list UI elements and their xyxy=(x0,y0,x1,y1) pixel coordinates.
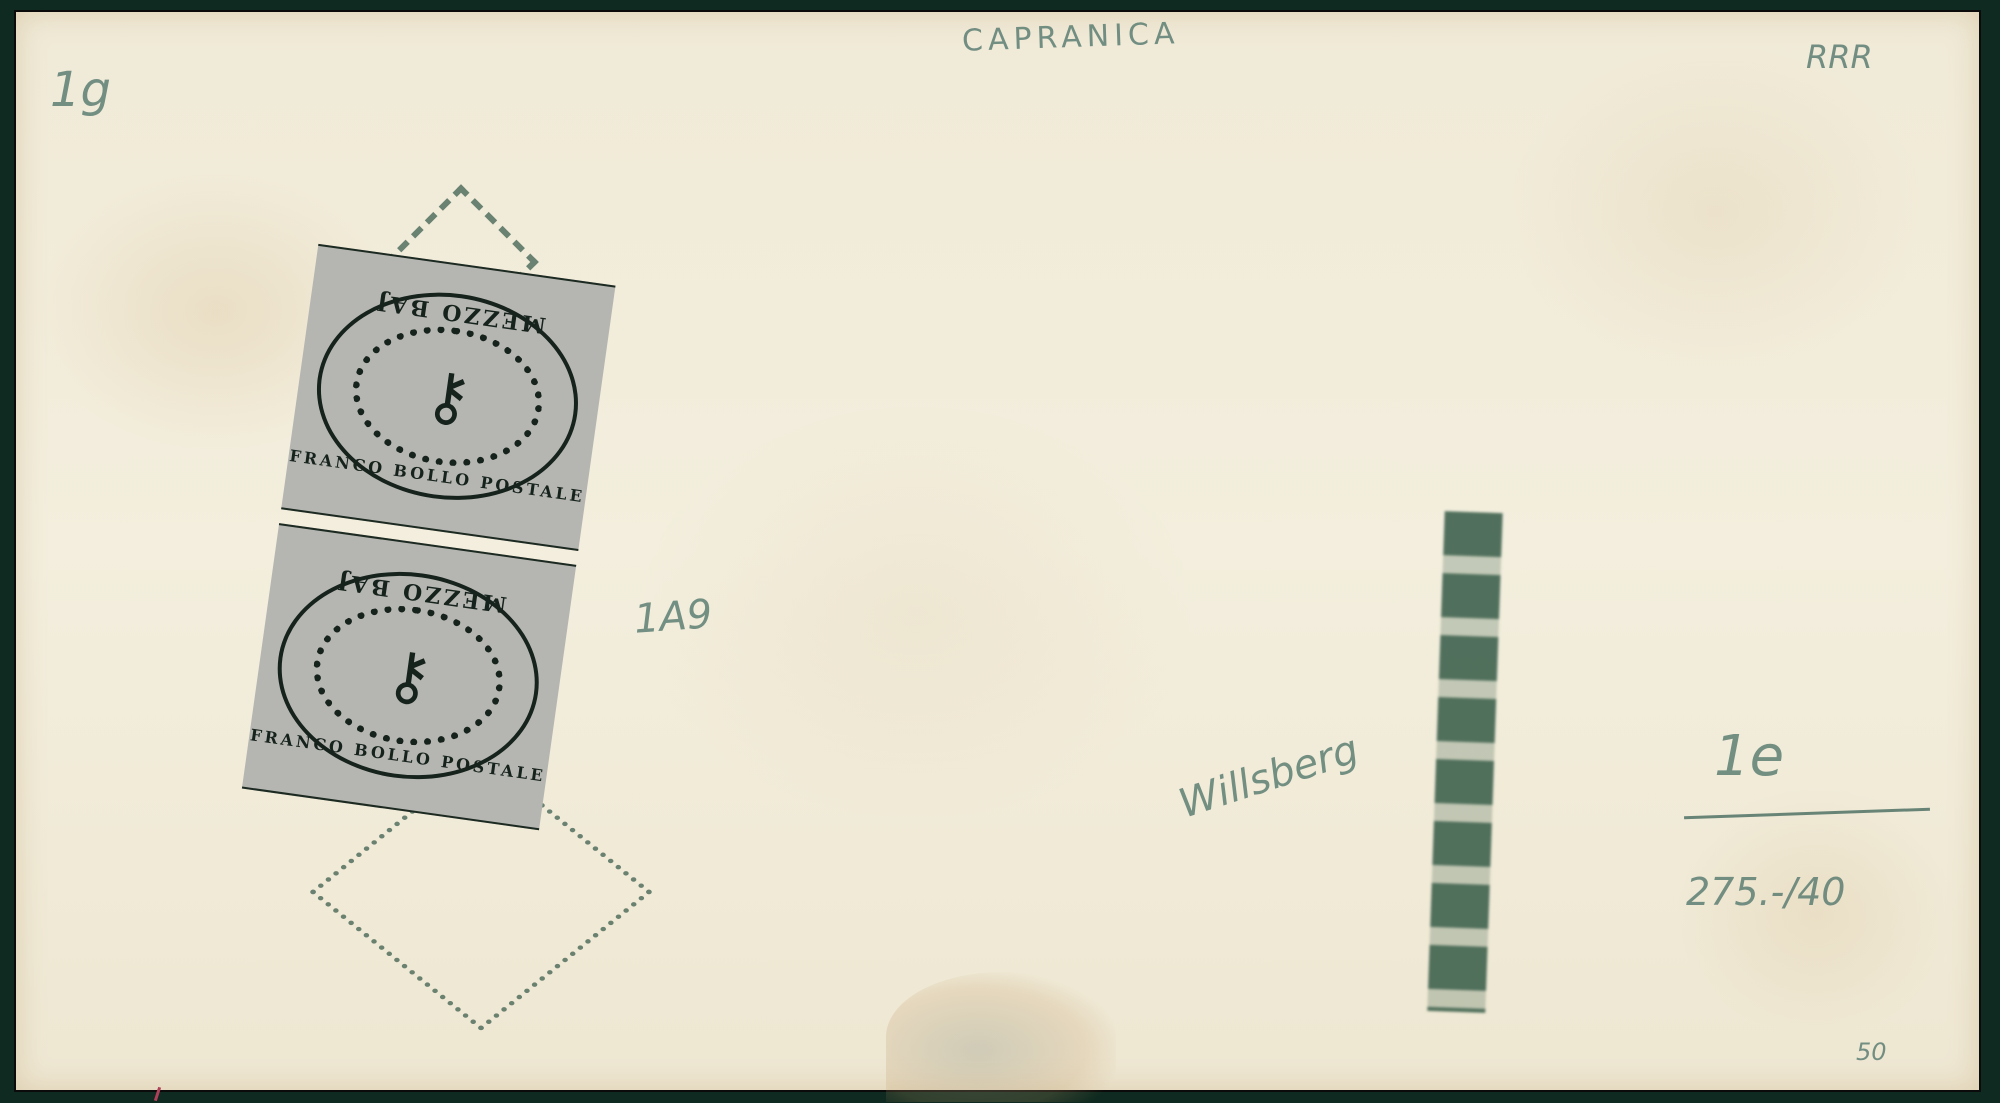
annotation-fraction-top: 1e xyxy=(1714,724,1784,789)
crossed-keys-icon: ⚷ xyxy=(364,631,454,721)
red-ink-mark xyxy=(154,1087,161,1101)
stamp-pair: MEZZO BAJ ⚷ FRANCO BOLLO POSTALE MEZZO B… xyxy=(240,244,615,840)
paper-stain xyxy=(886,972,1116,1102)
annotation-signature: Willsberg xyxy=(1173,726,1364,827)
stamp-bottom: MEZZO BAJ ⚷ FRANCO BOLLO POSTALE xyxy=(242,523,576,830)
annotation-bottom-right: 50 xyxy=(1856,1038,1887,1066)
stamp-top: MEZZO BAJ ⚷ FRANCO BOLLO POSTALE xyxy=(281,244,615,551)
annotation-rarity: RRR xyxy=(1806,38,1873,76)
postal-cover: CAPRANICA RRR 1g 1A9 Willsberg 1e 275.-/… xyxy=(14,10,1981,1092)
crossed-keys-icon: ⚷ xyxy=(403,352,493,442)
annotation-price: 275.-/40 xyxy=(1686,870,1845,914)
annotation-catalog-number: 1A9 xyxy=(632,591,713,642)
annotation-town-name: CAPRANICA xyxy=(961,16,1180,59)
straight-line-postmark xyxy=(1427,511,1502,1013)
fraction-line xyxy=(1684,808,1930,820)
annotation-top-left: 1g xyxy=(50,62,111,118)
